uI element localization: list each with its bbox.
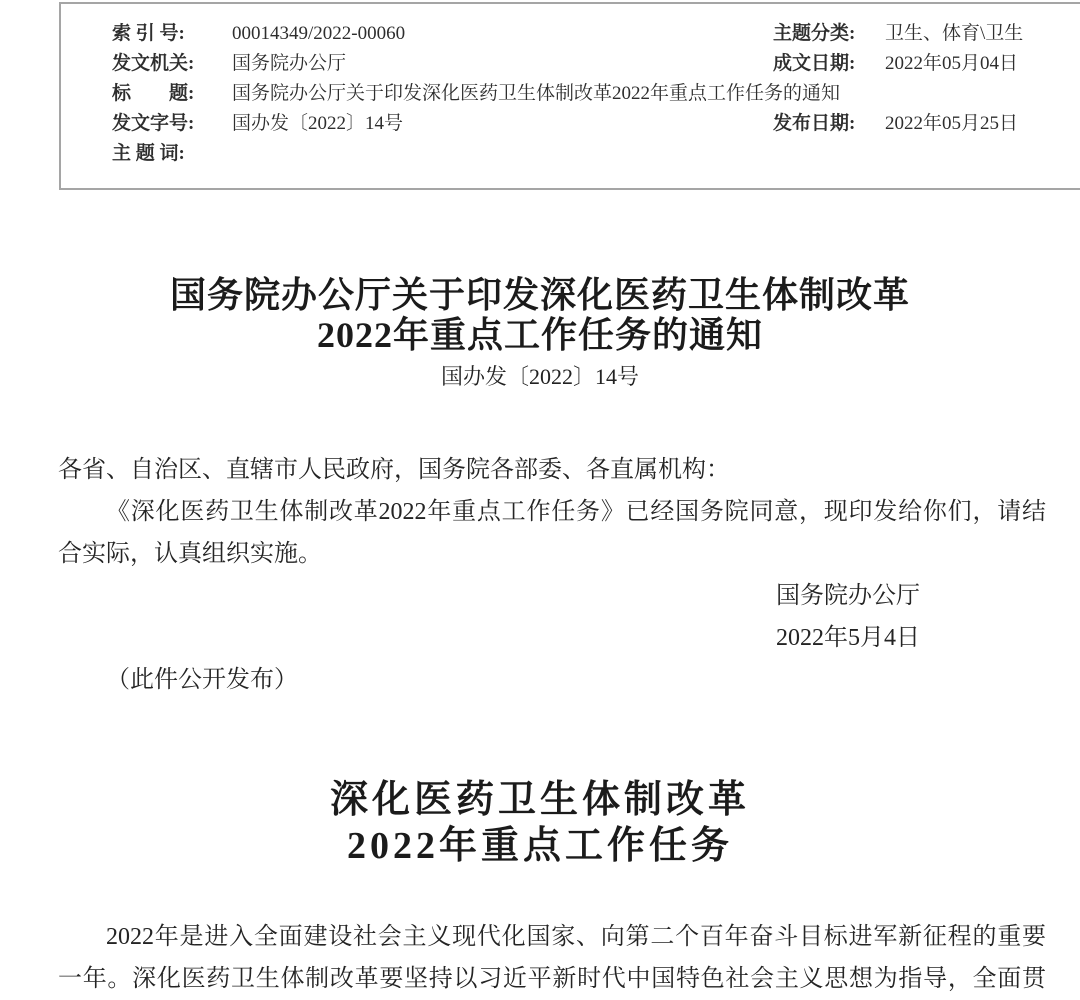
doc-number-value: 国办发〔2022〕14号 bbox=[232, 109, 773, 139]
attachment-title-line2: 2022年重点工作任务 bbox=[0, 823, 1080, 869]
attachment-para-line2: 一年。深化医药卫生体制改革要坚持以习近平新时代中国特色社会主义思想为指导，全面贯 bbox=[58, 958, 1046, 1000]
salutation-line: 各省、自治区、直辖市人民政府，国务院各部委、各直属机构： bbox=[58, 449, 1046, 491]
notice-body: 各省、自治区、直辖市人民政府，国务院各部委、各直属机构： 《深化医药卫生体制改革… bbox=[58, 449, 1046, 701]
doc-number-label: 发文字号: bbox=[112, 109, 232, 139]
issuing-agency-value: 国务院办公厅 bbox=[232, 49, 773, 79]
index-number-label: 索 引 号: bbox=[112, 19, 232, 49]
attachment-paragraph: 2022年是进入全面建设社会主义现代化国家、向第二个百年奋斗目标进军新征程的重要… bbox=[58, 916, 1046, 1000]
signature-agency: 国务院办公厅 bbox=[58, 575, 1046, 617]
body-line-2: 合实际，认真组织实施。 bbox=[58, 533, 1046, 575]
attachment-title: 深化医药卫生体制改革 2022年重点工作任务 bbox=[0, 777, 1080, 869]
written-date-label: 成文日期: bbox=[773, 49, 885, 79]
attachment-para-line1: 2022年是进入全面建设社会主义现代化国家、向第二个百年奋斗目标进军新征程的重要 bbox=[58, 916, 1046, 958]
title-label: 标 题: bbox=[112, 79, 232, 109]
topic-category-label: 主题分类: bbox=[773, 19, 885, 49]
notice-title: 国务院办公厅关于印发深化医药卫生体制改革 2022年重点工作任务的通知 bbox=[0, 275, 1080, 355]
subject-words-label: 主 题 词: bbox=[112, 139, 232, 169]
attachment-title-line1: 深化医药卫生体制改革 bbox=[0, 777, 1080, 823]
title-value: 国务院办公厅关于印发深化医药卫生体制改革2022年重点工作任务的通知 bbox=[232, 79, 1080, 109]
notice-title-line1: 国务院办公厅关于印发深化医药卫生体制改革 bbox=[0, 275, 1080, 315]
issuing-agency-label: 发文机关: bbox=[112, 49, 232, 79]
notice-title-line2: 2022年重点工作任务的通知 bbox=[0, 315, 1080, 355]
topic-category-value: 卫生、体育\卫生 bbox=[885, 19, 1080, 49]
metadata-table: 索 引 号: 00014349/2022-00060 主题分类: 卫生、体育\卫… bbox=[112, 19, 1080, 169]
written-date-value: 2022年05月04日 bbox=[885, 49, 1080, 79]
index-number-value: 00014349/2022-00060 bbox=[232, 19, 773, 49]
publish-date-label: 发布日期: bbox=[773, 109, 885, 139]
public-release-note: （此件公开发布） bbox=[58, 659, 1046, 701]
publish-date-value: 2022年05月25日 bbox=[885, 109, 1080, 139]
body-line-1: 《深化医药卫生体制改革2022年重点工作任务》已经国务院同意，现印发给你们，请结 bbox=[58, 491, 1046, 533]
subject-words-value bbox=[232, 139, 1080, 169]
document-metadata-box: 索 引 号: 00014349/2022-00060 主题分类: 卫生、体育\卫… bbox=[59, 2, 1080, 190]
notice-doc-number: 国办发〔2022〕14号 bbox=[0, 364, 1080, 390]
signature-date: 2022年5月4日 bbox=[58, 617, 1046, 659]
